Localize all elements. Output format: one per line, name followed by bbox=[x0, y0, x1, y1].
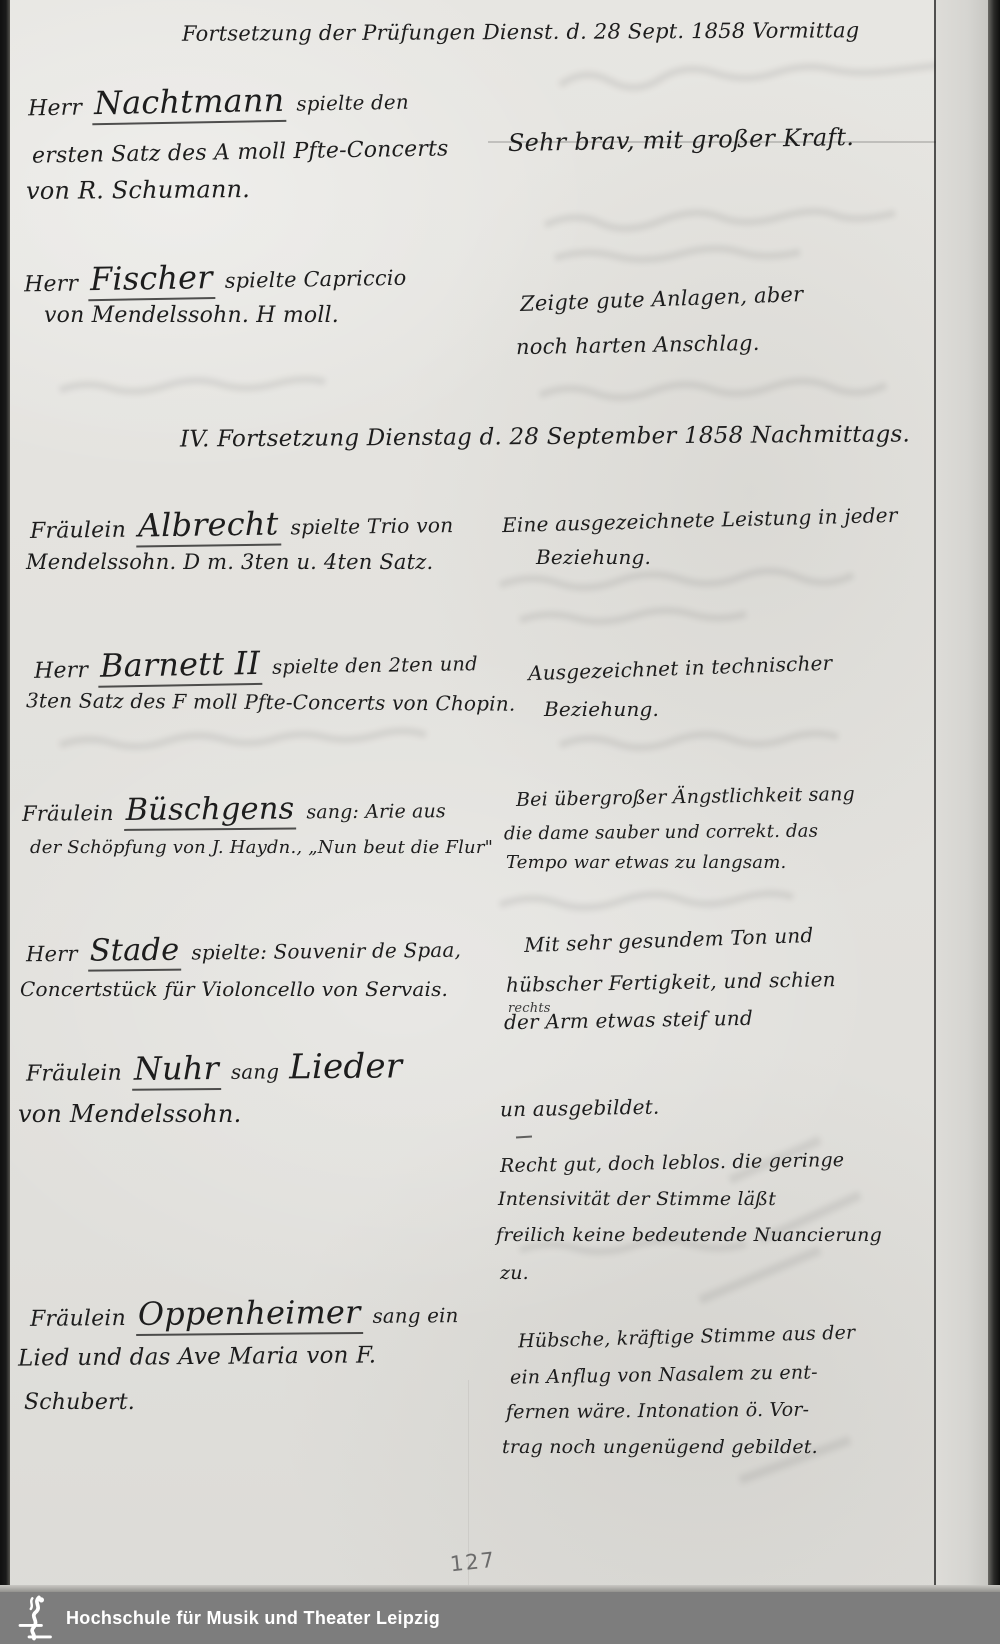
entry-performer-line: Fräulein Büschgens sang: Arie aus bbox=[22, 790, 446, 832]
performer-name: Nachtmann bbox=[92, 81, 287, 125]
paper-bottom-edge bbox=[0, 1585, 1000, 1592]
entry-performer-line: Herr Stade spielte: Souvenir de Spaa, bbox=[26, 930, 461, 973]
jury-comment-line: noch harten Anschlag. bbox=[516, 331, 760, 359]
entry-detail-line: 3ten Satz des F moll Pfte-Concerts von C… bbox=[26, 688, 516, 715]
performer-title: Fräulein bbox=[26, 1061, 122, 1087]
entry-detail-line: von R. Schumann. bbox=[26, 175, 250, 205]
hmt-logo-icon bbox=[14, 1595, 54, 1641]
footer-institution-label: Hochschule für Musik und Theater Leipzig bbox=[66, 1608, 440, 1629]
entry-detail-line: der Schöpfung von J. Haydn., „Nun beut d… bbox=[30, 837, 493, 858]
entry-action: spielte: Souvenir de Spaa, bbox=[191, 938, 461, 965]
performer-name: Albrecht bbox=[136, 504, 281, 547]
entry-performer-line: Herr Barnett II spielte den 2ten und bbox=[34, 640, 478, 689]
adjacent-page-strip bbox=[936, 0, 988, 1592]
entry-performer-line: Fräulein Oppenheimer sang ein bbox=[30, 1292, 459, 1337]
jury-comment-line: trag noch ungenügend gebildet. bbox=[502, 1436, 818, 1458]
performer-name: Büschgens bbox=[123, 791, 296, 831]
performer-title: Herr bbox=[26, 942, 78, 967]
jury-comment-line: zu. bbox=[500, 1262, 529, 1284]
performer-title: Fräulein bbox=[30, 1306, 126, 1332]
entry-detail-line: Lied und das Ave Maria von F. bbox=[18, 1342, 376, 1371]
section-header-line: IV. Fortsetzung Dienstag d. 28 September… bbox=[180, 421, 910, 452]
entry-action: sang ein bbox=[372, 1304, 458, 1328]
entry-performer-line: Fräulein Nuhr sang Lieder bbox=[26, 1046, 403, 1091]
jury-comment-line: freilich keine bedeutende Nuancierung bbox=[496, 1224, 882, 1246]
jury-comment-line: un ausgebildet. bbox=[500, 1095, 660, 1122]
entry-action: spielte Trio von bbox=[290, 513, 453, 539]
performer-name: Barnett II bbox=[98, 644, 263, 688]
performer-title: Herr bbox=[28, 95, 82, 121]
entry-action: sang bbox=[231, 1060, 279, 1083]
page-number: 127 bbox=[449, 1548, 497, 1577]
entry-performer-line: Fräulein Albrecht spielte Trio von bbox=[30, 502, 454, 549]
performer-name: Nuhr bbox=[132, 1049, 221, 1091]
entry-action: spielte Capriccio bbox=[224, 266, 406, 293]
footer-bar: Hochschule für Musik und Theater Leipzig bbox=[0, 1592, 1000, 1644]
work-title-emphasis: Lieder bbox=[289, 1046, 403, 1087]
jury-comment-line: Beziehung. bbox=[544, 697, 659, 721]
entry-action: spielte den bbox=[296, 91, 409, 116]
jury-comment-line: die dame sauber und correkt. das bbox=[504, 821, 818, 845]
performer-title: Fräulein bbox=[22, 801, 114, 826]
entry-detail-line: Mendelssohn. D m. 3ten u. 4ten Satz. bbox=[26, 550, 433, 574]
right-page-edge bbox=[988, 0, 1000, 1592]
entry-detail-line: Concertstück für Violoncello von Servais… bbox=[20, 977, 448, 1001]
performer-name: Stade bbox=[87, 933, 181, 972]
left-page-edge bbox=[0, 0, 10, 1592]
jury-comment-line: Beziehung. bbox=[536, 545, 651, 569]
page-header-line: Fortsetzung der Prüfungen Dienst. d. 28 … bbox=[182, 18, 860, 46]
entry-action: spielte den 2ten und bbox=[272, 652, 478, 679]
entry-performer-line: Herr Fischer spielte Capriccio bbox=[24, 255, 407, 303]
entry-detail-line: von Mendelssohn. H moll. bbox=[44, 303, 339, 328]
performer-name: Oppenheimer bbox=[136, 1293, 363, 1336]
jury-comment-line: Tempo war etwas zu langsam. bbox=[506, 852, 786, 873]
entry-detail-line: Schubert. bbox=[24, 1390, 135, 1415]
entry-detail-line: von Mendelssohn. bbox=[18, 1100, 241, 1128]
entry-action: sang: Arie aus bbox=[306, 800, 446, 823]
performer-name: Fischer bbox=[88, 258, 215, 301]
performer-title: Herr bbox=[34, 658, 88, 684]
jury-comment-line: der Arm etwas steif und bbox=[504, 1006, 753, 1034]
jury-comment-line: fernen wäre. Intonation ö. Vor- bbox=[506, 1399, 809, 1424]
scanned-manuscript-page: Fortsetzung der Prüfungen Dienst. d. 28 … bbox=[0, 0, 1000, 1644]
entry-performer-line: Herr Nachtmann spielte den bbox=[28, 79, 409, 127]
performer-title: Fräulein bbox=[30, 518, 126, 544]
jury-comment-line: Intensivität der Stimme läßt bbox=[498, 1188, 776, 1210]
performer-title: Herr bbox=[24, 271, 78, 297]
